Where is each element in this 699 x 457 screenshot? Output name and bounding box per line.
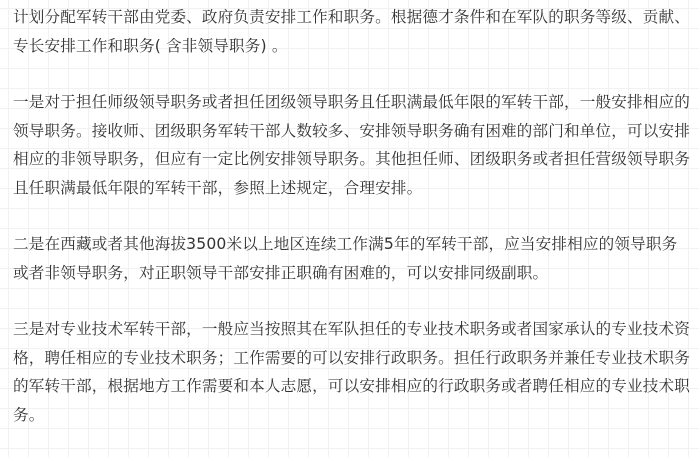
paragraph-point-three: 三是对专业技术军转干部，一般应当按照其在军队担任的专业技术职务或者国家承认的专业… [13,315,693,401]
paragraph-point-one: 一是对于担任师级领导职务或者担任团级领导职务且任职满最低年限的军转干部，一般安排… [13,88,693,202]
article-body: 计划分配军转干部由党委、政府负责安排工作和职务。根据德才条件和在军队的职务等级、… [13,3,693,401]
paragraph-point-two: 二是在西藏或者其他海拔3500米以上地区连续工作满5年的军转干部，应当安排相应的… [13,230,693,287]
paragraph-intro: 计划分配军转干部由党委、政府负责安排工作和职务。根据德才条件和在军队的职务等级、… [13,3,693,60]
